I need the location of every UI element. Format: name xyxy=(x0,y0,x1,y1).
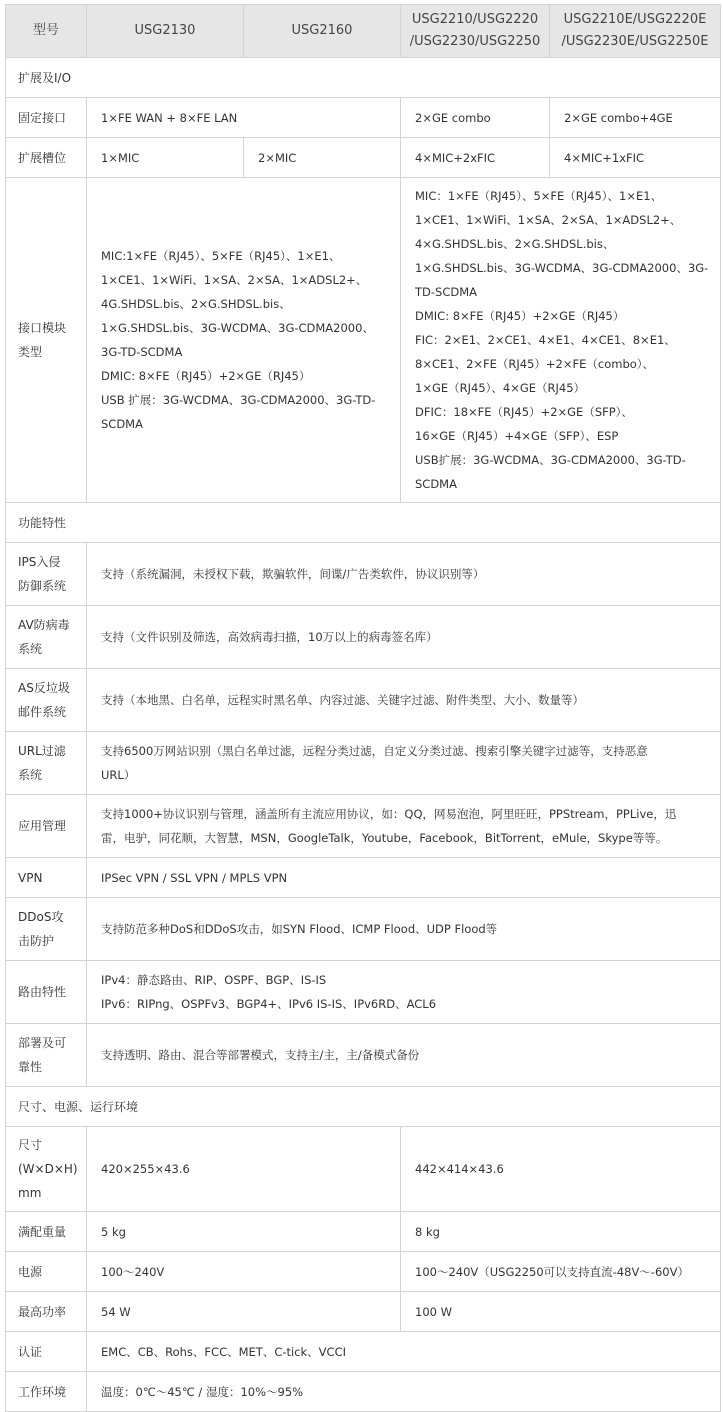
row-slots: 扩展槽位 1×MIC 2×MIC 4×MIC+2xFIC 4×MIC+1xFIC xyxy=(6,138,721,178)
spec-table: 型号 USG2130 USG2160 USG2210/USG2220 /USG2… xyxy=(5,4,721,1409)
section-io: 扩展及I/O xyxy=(6,58,721,98)
modules-right: MIC：1×FE（RJ45）、5×FE（RJ45）、1×E1、 1×CE1、1×… xyxy=(401,178,721,503)
row-av: AV防病毒 系统 支持（文件识别及筛选，高效病毒扫描，10万以上的病毒签名库） xyxy=(6,606,721,669)
section-features: 功能特性 xyxy=(6,503,721,543)
row-dimensions: 尺寸 (W×D×H) mm 420×255×43.6 442×414×43.6 xyxy=(6,1127,721,1212)
row-weight: 满配重量 5 kg 8 kg xyxy=(6,1212,721,1252)
row-ips: IPS入侵 防御系统 支持（系统漏洞，未授权下载，欺骗软件，间谍/广告类软件，协… xyxy=(6,543,721,606)
header-row: 型号 USG2130 USG2160 USG2210/USG2220 /USG2… xyxy=(6,5,721,58)
header-usg2160: USG2160 xyxy=(244,5,401,58)
header-usg2130: USG2130 xyxy=(87,5,244,58)
section-physical: 尺寸、电源、运行环境 xyxy=(6,1087,721,1127)
header-usg2210e-group: USG2210E/USG2220E /USG2230E/USG2250E xyxy=(550,5,721,58)
row-url: URL过滤 系统 支持6500万网站识别（黑白名单过滤，远程分类过滤，自定义分类… xyxy=(6,732,721,795)
row-env: 工作环境 温度：0℃～45℃ / 湿度：10%～95% xyxy=(6,1372,721,1410)
row-routing: 路由特性 IPv4：静态路由、RIP、OSPF、BGP、IS-IS IPv6：R… xyxy=(6,961,721,1024)
row-cert: 认证 EMC、CB、Rohs、FCC、MET、C-tick、VCCI xyxy=(6,1332,721,1372)
row-fixed-ports: 固定接口 1×FE WAN + 8×FE LAN 2×GE combo 2×GE… xyxy=(6,98,721,138)
row-power: 电源 100～240V 100～240V（USG2250可以支持直流-48V～-… xyxy=(6,1252,721,1292)
header-model: 型号 xyxy=(6,5,87,58)
row-deploy: 部署及可 靠性 支持透明、路由、混合等部署模式，支持主/主，主/备模式备份 xyxy=(6,1024,721,1087)
row-max-power: 最高功率 54 W 100 W xyxy=(6,1292,721,1332)
header-usg2210-group: USG2210/USG2220 /USG2230/USG2250 xyxy=(401,5,550,58)
row-as: AS反垃圾 邮件系统 支持（本地黑、白名单，远程实时黑名单、内容过滤、关键字过滤… xyxy=(6,669,721,732)
modules-left: MIC:1×FE（RJ45）、5×FE（RJ45）、1×E1、 1×CE1、1×… xyxy=(87,178,401,503)
row-vpn: VPN IPSec VPN / SSL VPN / MPLS VPN xyxy=(6,858,721,898)
row-ddos: DDoS攻 击防护 支持防范多种DoS和DDoS攻击，如SYN Flood、IC… xyxy=(6,898,721,961)
row-modules: 接口模块 类型 MIC:1×FE（RJ45）、5×FE（RJ45）、1×E1、 … xyxy=(6,178,721,503)
row-app: 应用管理 支持1000+协议识别与管理，涵盖所有主流应用协议，如：QQ，网易泡泡… xyxy=(6,795,721,858)
